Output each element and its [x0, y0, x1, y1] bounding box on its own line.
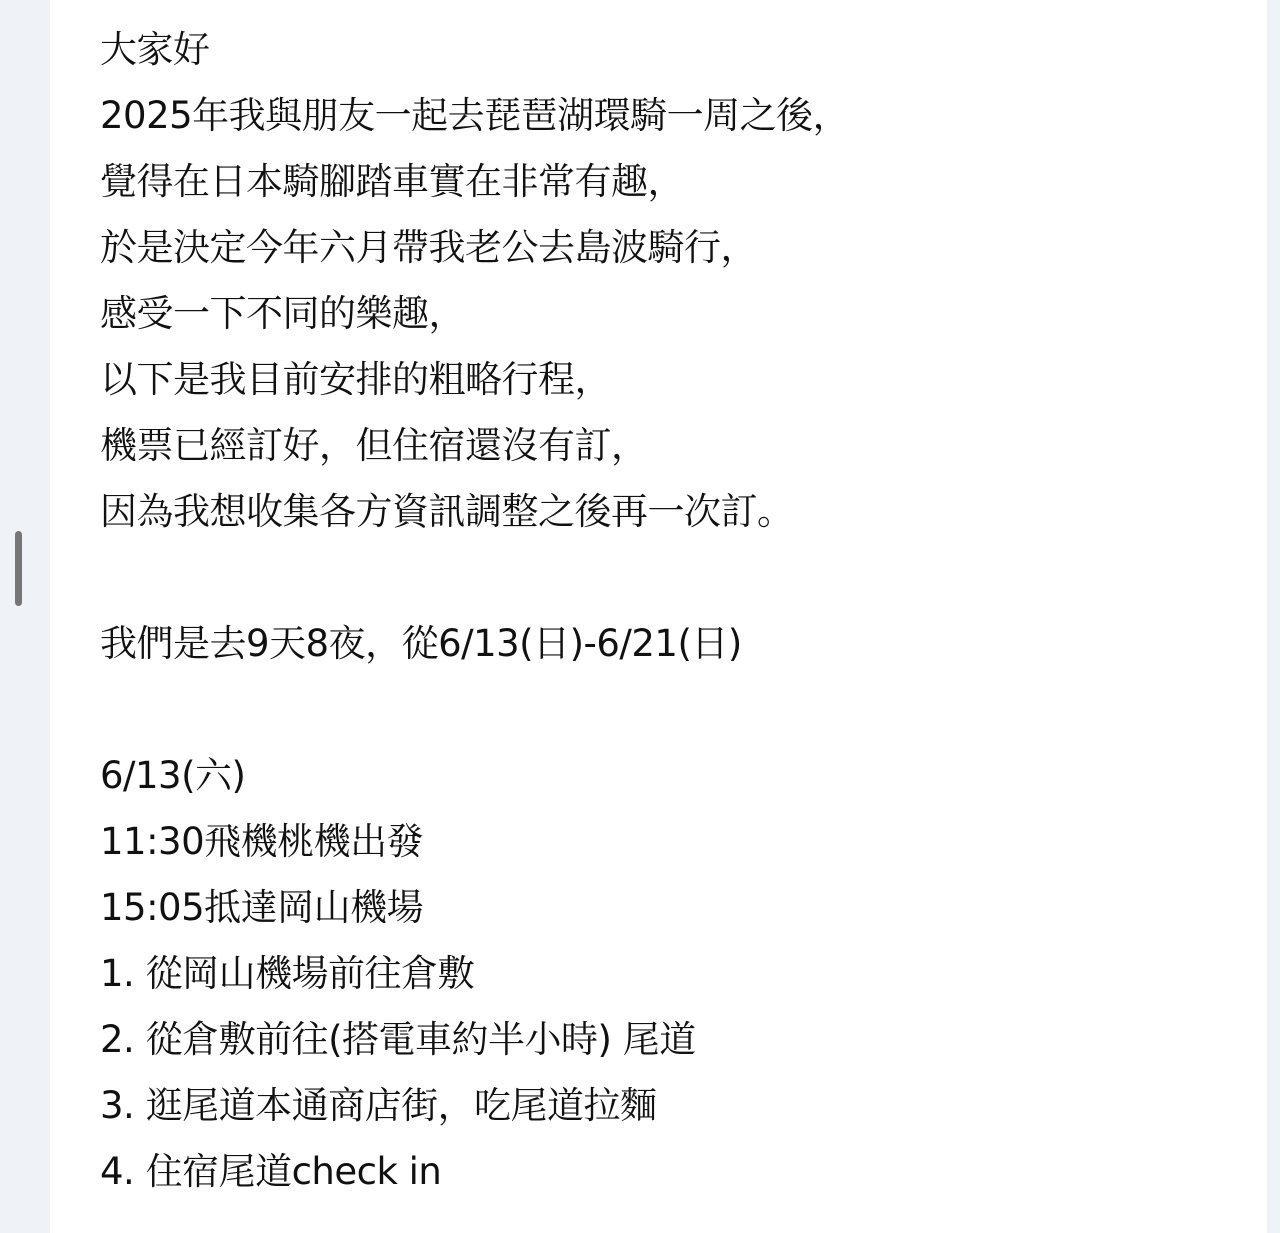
- right-gutter: [1267, 0, 1280, 1233]
- itinerary-step: 4. 住宿尾道check in: [100, 1139, 1250, 1205]
- blank-line: [100, 545, 1250, 611]
- intro-line: 感受一下不同的樂趣，: [100, 281, 1250, 347]
- blank-line: [100, 677, 1250, 743]
- intro-line: 機票已經訂好，但住宿還沒有訂，: [100, 413, 1250, 479]
- flight-depart: 11:30飛機桃機出發: [100, 809, 1250, 875]
- itinerary-step: 2. 從倉敷前往(搭電車約半小時) 尾道: [100, 1007, 1250, 1073]
- intro-line: 覺得在日本騎腳踏車實在非常有趣，: [100, 149, 1250, 215]
- intro-line: 因為我想收集各方資訊調整之後再一次訂。: [100, 479, 1250, 545]
- day-date: 6/13(六): [100, 743, 1250, 809]
- post-body: 大家好 2025年我與朋友一起去琵琶湖環騎一周之後， 覺得在日本騎腳踏車實在非常…: [100, 17, 1250, 1205]
- scrollbar-thumb[interactable]: [15, 531, 22, 606]
- post-content-panel: 大家好 2025年我與朋友一起去琵琶湖環騎一周之後， 覺得在日本騎腳踏車實在非常…: [50, 0, 1267, 1233]
- intro-line: 於是決定今年六月帶我老公去島波騎行，: [100, 215, 1250, 281]
- intro-line: 2025年我與朋友一起去琵琶湖環騎一周之後，: [100, 83, 1250, 149]
- left-gutter: [0, 0, 50, 1233]
- trip-summary: 我們是去9天8夜，從6/13(日)-6/21(日): [100, 611, 1250, 677]
- flight-arrive: 15:05抵達岡山機場: [100, 875, 1250, 941]
- intro-line: 以下是我目前安排的粗略行程，: [100, 347, 1250, 413]
- itinerary-step: 1. 從岡山機場前往倉敷: [100, 941, 1250, 1007]
- intro-line: 大家好: [100, 17, 1250, 83]
- itinerary-step: 3. 逛尾道本通商店街，吃尾道拉麵: [100, 1073, 1250, 1139]
